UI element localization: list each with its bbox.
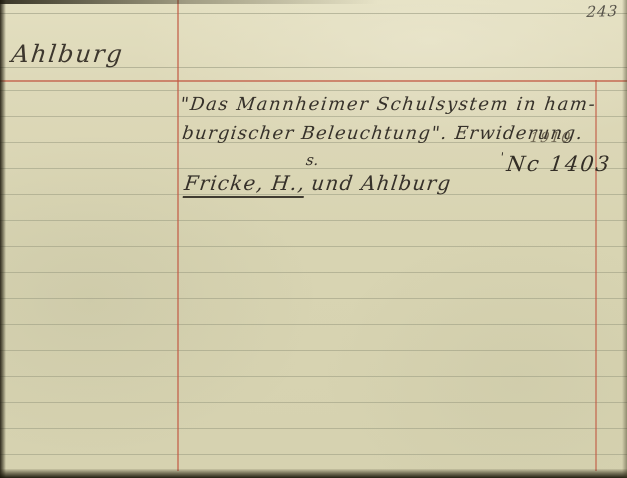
title-line-2: burgischer Beleuchtung". Erwiderung. bbox=[181, 123, 585, 144]
author-underlined: Fricke, H., bbox=[183, 171, 307, 198]
title-line-1: "Das Mannheimer Schulsystem in ham- bbox=[179, 94, 598, 115]
year: 1910 bbox=[529, 130, 573, 146]
red-margin-line-right bbox=[595, 80, 597, 471]
red-header-rule bbox=[0, 80, 627, 82]
heading-word: Ahlburg bbox=[10, 40, 126, 68]
tick-mark: ' bbox=[499, 150, 506, 164]
see-abbreviation: s. bbox=[305, 151, 320, 169]
index-card: 243 Ahlburg "Das Mannheimer Schulsystem … bbox=[0, 0, 627, 478]
scan-edge-bottom bbox=[0, 469, 627, 478]
scan-edge-top bbox=[0, 0, 420, 4]
scan-edge-left bbox=[0, 0, 6, 478]
page-number: 243 bbox=[586, 2, 619, 21]
shelfmark: 'Nc 1403 bbox=[498, 150, 613, 176]
scan-edge-right bbox=[622, 0, 627, 478]
red-margin-line-left bbox=[177, 0, 179, 471]
authors-line: Fricke, H.,und Ahlburg bbox=[183, 171, 453, 195]
author-rest: und Ahlburg bbox=[310, 171, 453, 195]
shelfmark-text: Nc 1403 bbox=[505, 152, 612, 176]
ruled-line-top bbox=[0, 13, 627, 14]
